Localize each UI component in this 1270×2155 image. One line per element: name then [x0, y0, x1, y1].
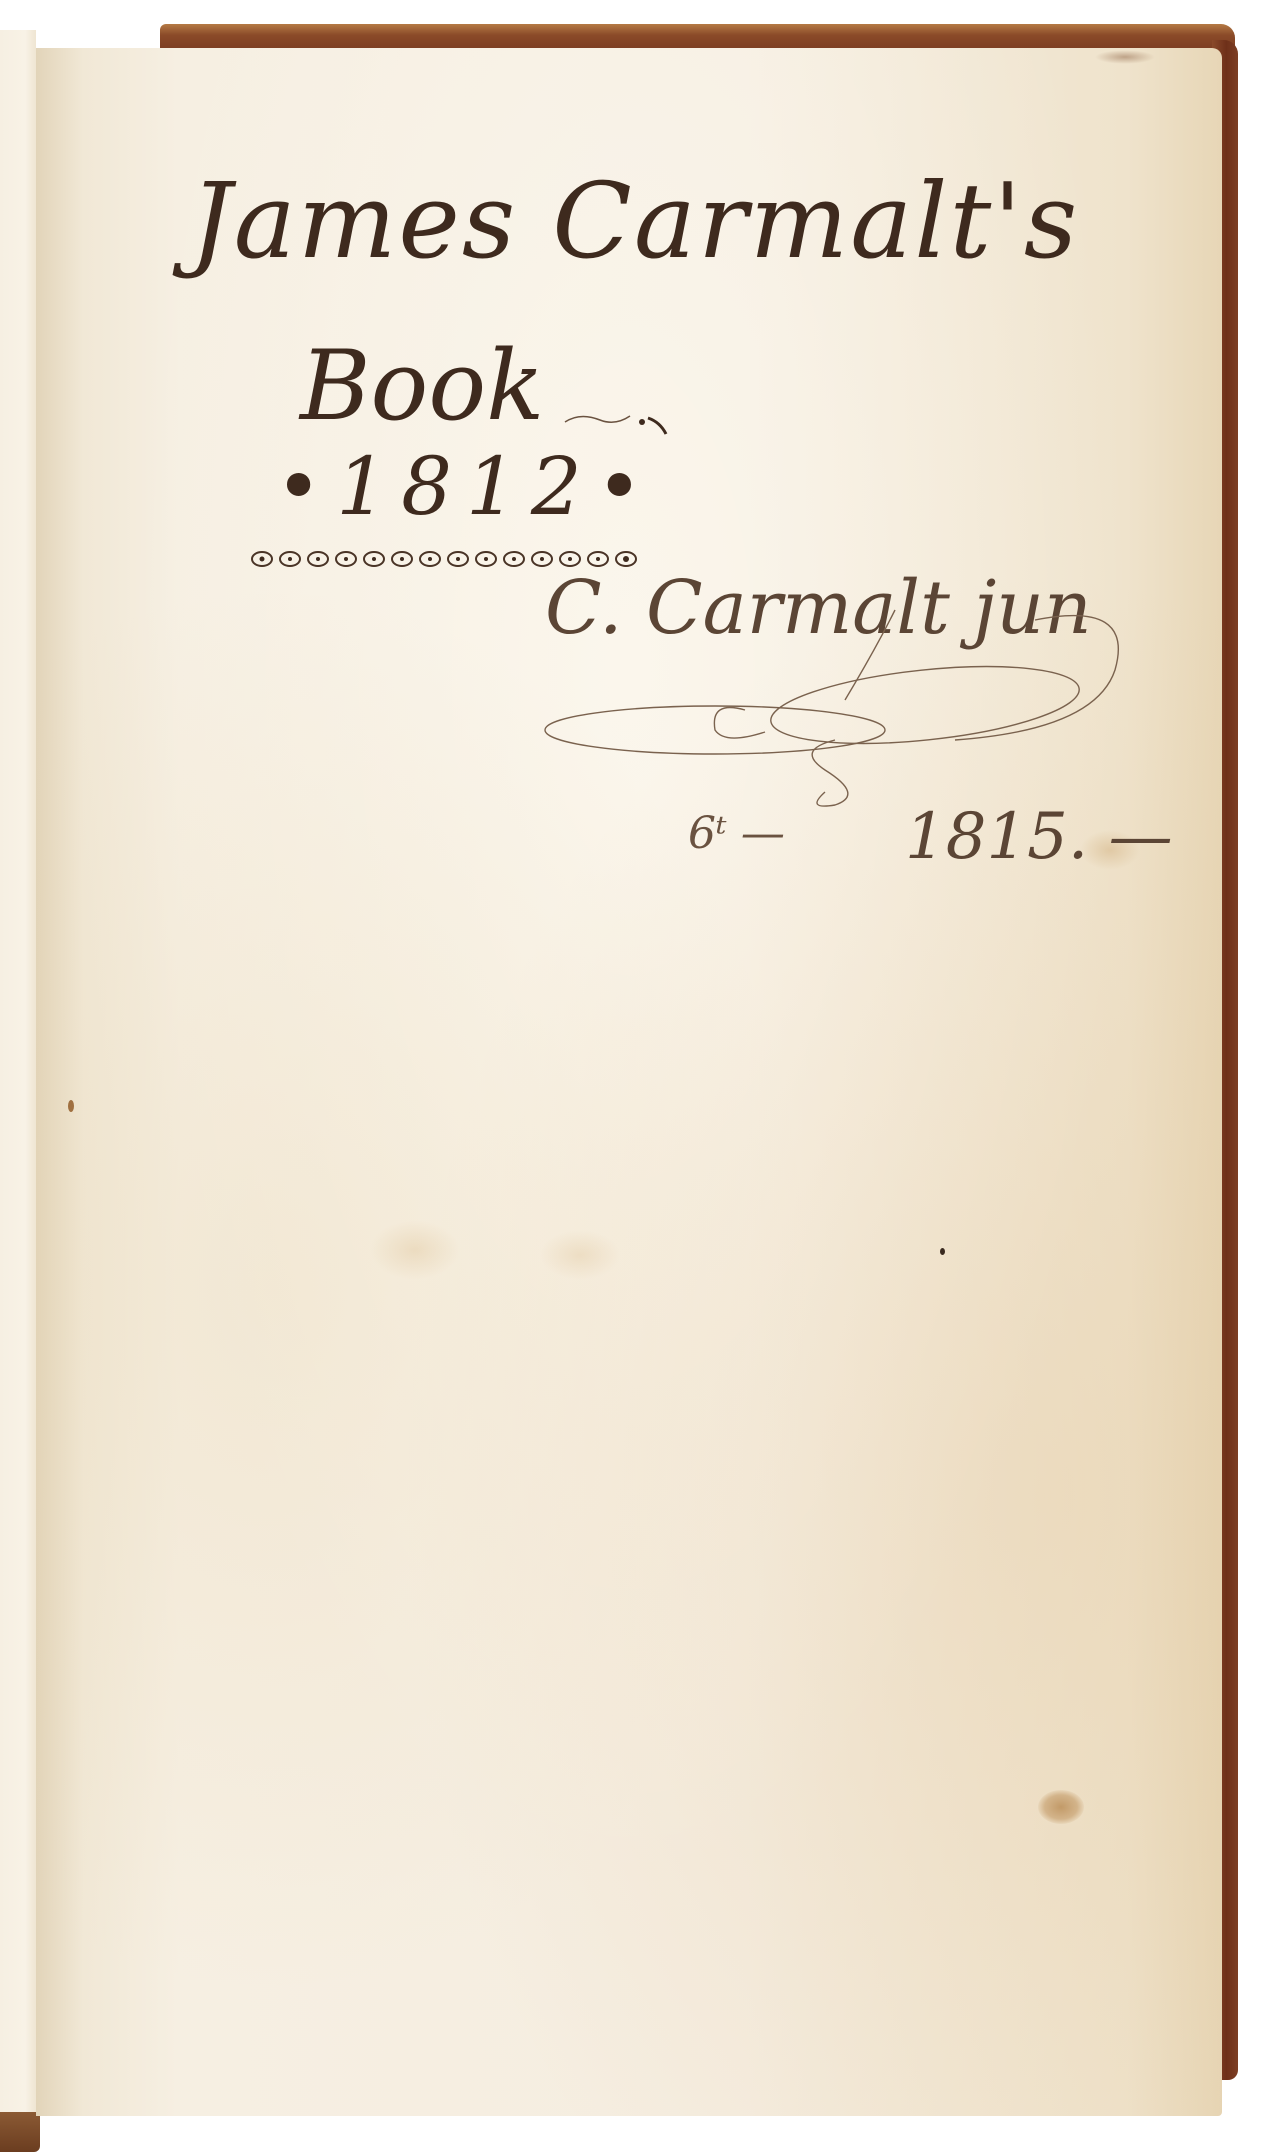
top-edge-stain [1095, 50, 1155, 64]
foxing-spot [370, 1220, 460, 1280]
signature-date-prefix: 6ᵗ — [688, 808, 785, 859]
owner-name-inscription: James Carmalt's [190, 160, 1079, 282]
foxing-spot [540, 1230, 620, 1280]
book-word-inscription: Book [300, 330, 544, 442]
signature-paraph-flourish-icon [535, 560, 1155, 820]
left-flyleaf [0, 30, 36, 2120]
ink-speck [940, 1248, 945, 1255]
book-tail-flourish-icon [560, 400, 670, 440]
inscription-year: •1812• [275, 440, 657, 533]
signature-year: 1815. — [905, 800, 1173, 874]
stain-spot [1038, 1790, 1084, 1824]
flyleaf-leather-corner [0, 2112, 40, 2152]
ink-speck [68, 1100, 74, 1112]
